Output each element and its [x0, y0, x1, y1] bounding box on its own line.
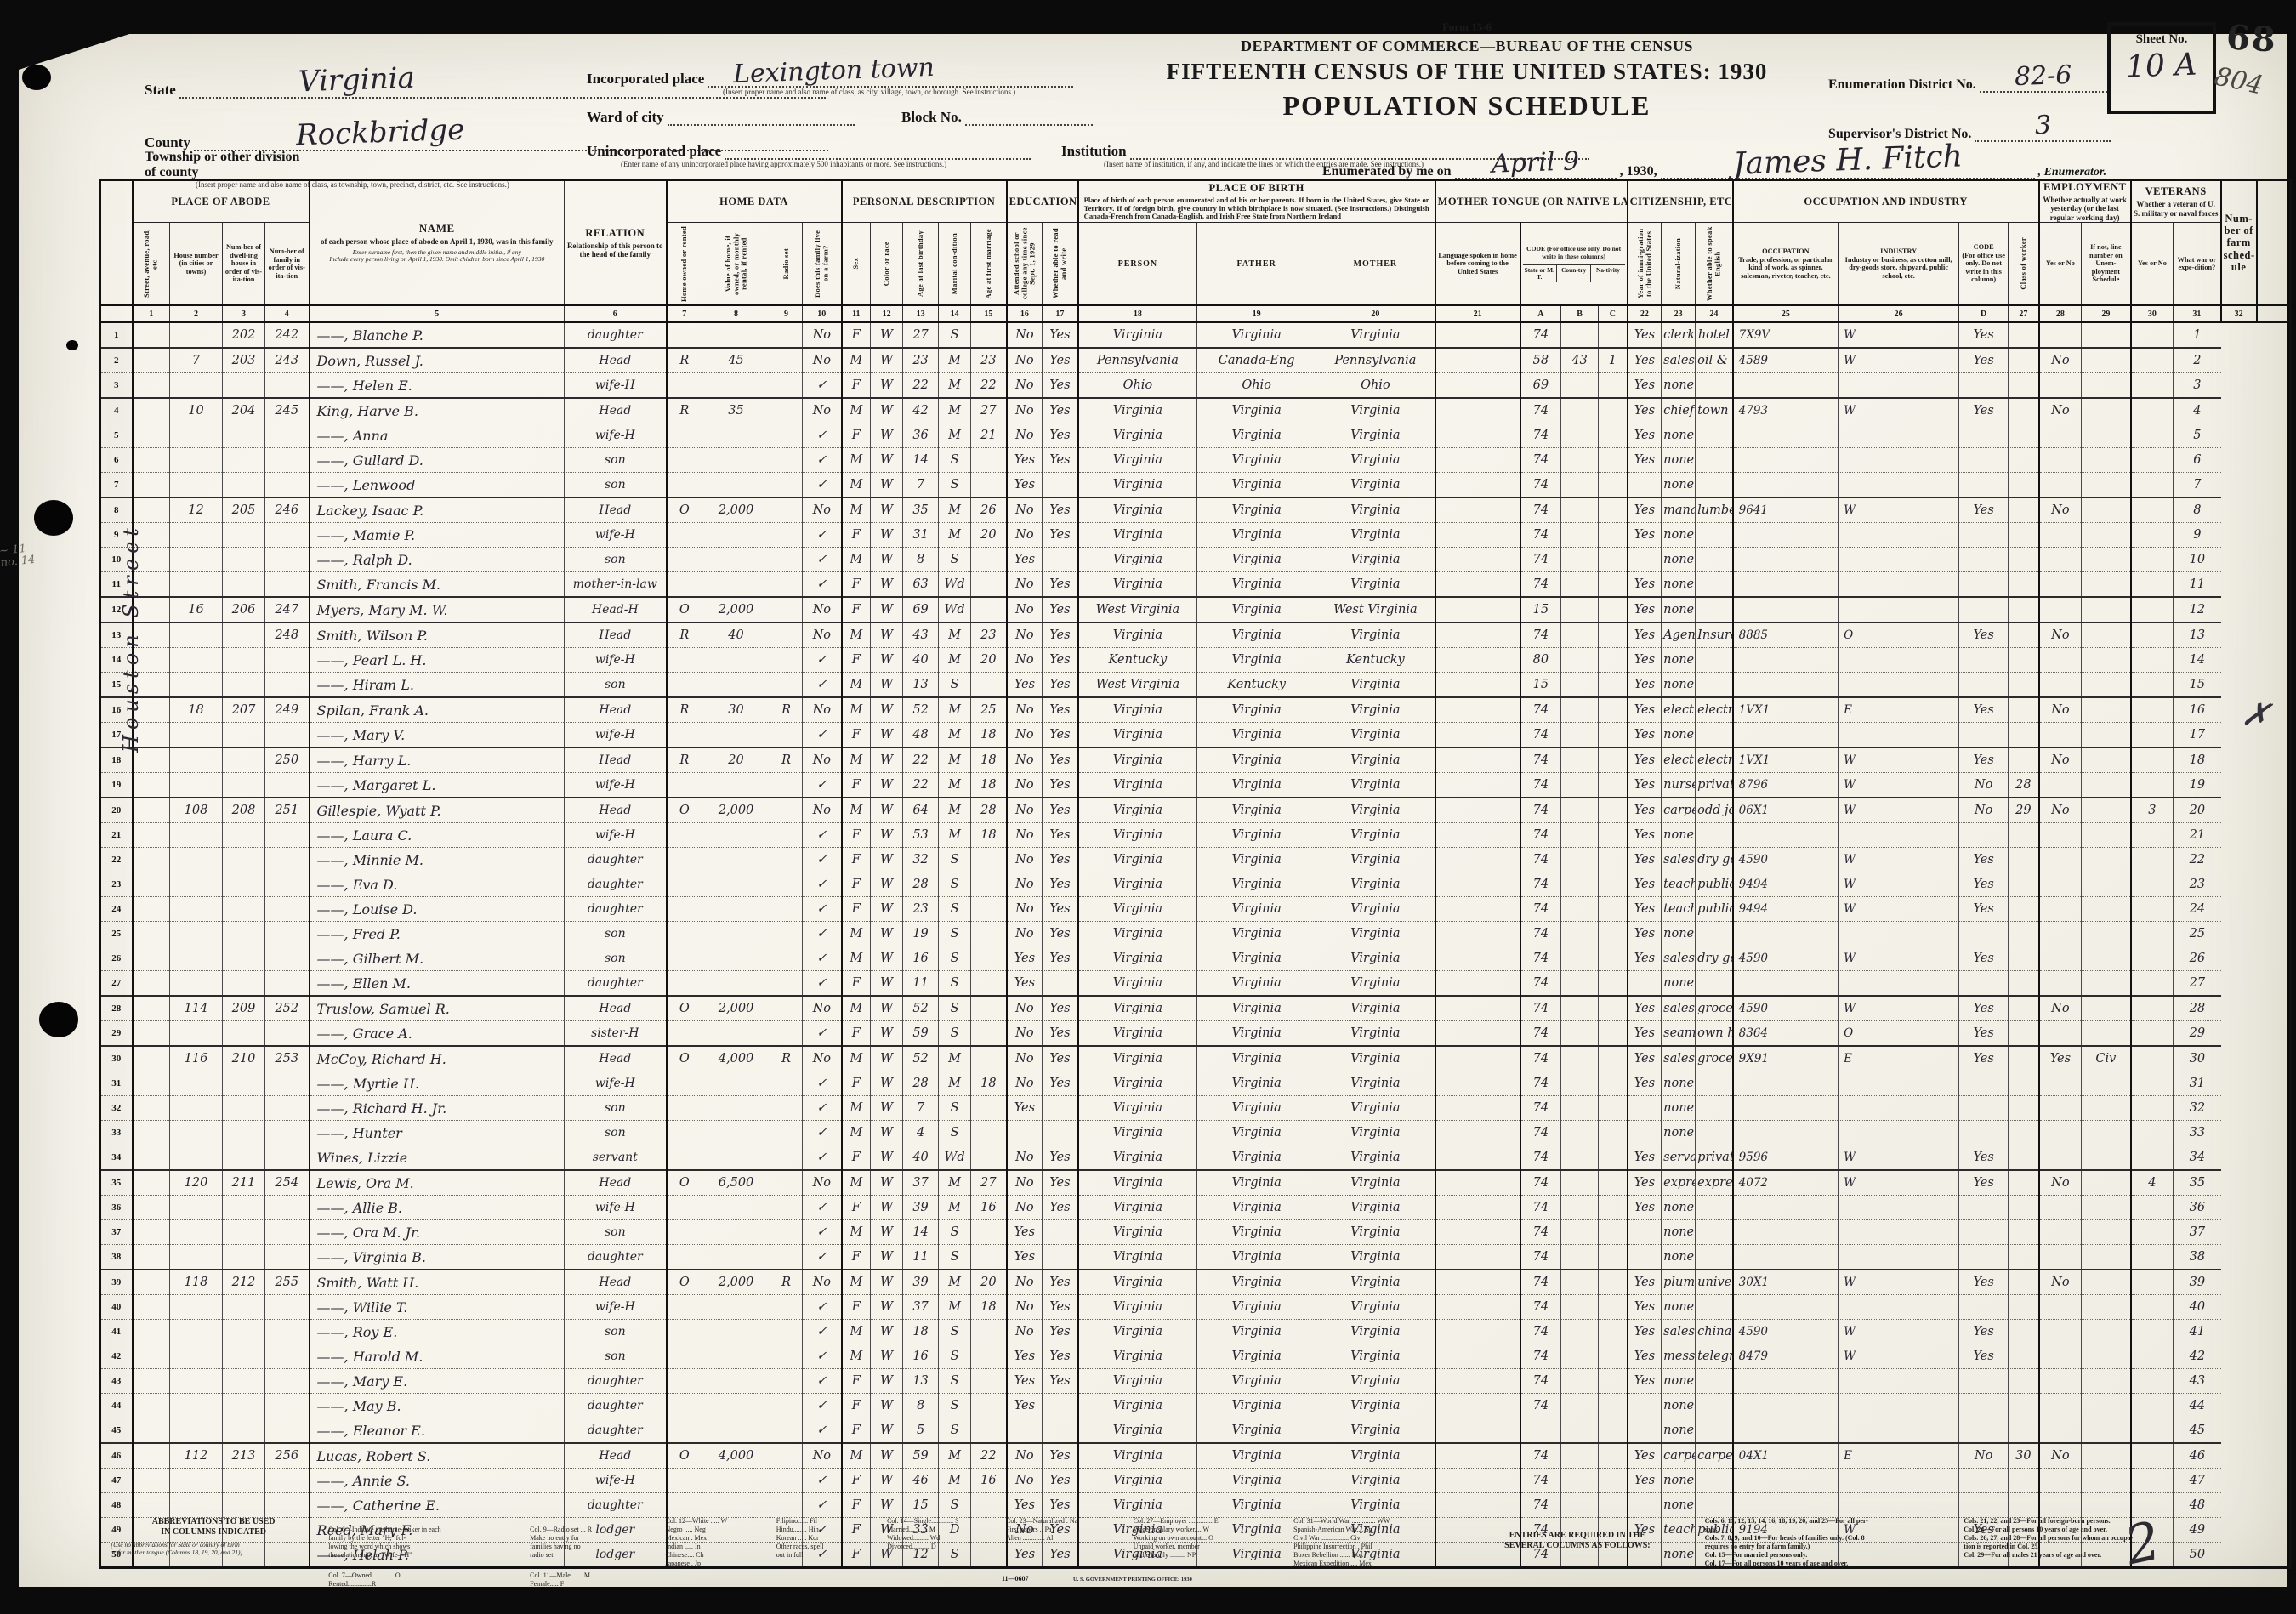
- industry: E: [1839, 1443, 1959, 1469]
- house-number: [170, 322, 223, 348]
- relation: wife-H: [565, 1071, 667, 1096]
- age-first-marriage: [971, 1344, 1007, 1369]
- code-country: [1561, 373, 1599, 399]
- birthplace-person: Pennsylvania: [1078, 348, 1197, 373]
- occupation: [1733, 1096, 1839, 1121]
- code-nativity: [1599, 1344, 1628, 1369]
- unemployment-line: [2082, 1443, 2131, 1469]
- speaks-english: [1696, 597, 1733, 622]
- col-group-education: EDUCATION: [1007, 180, 1078, 223]
- lives-on-farm: ✓: [803, 1418, 842, 1444]
- color-race: W: [871, 872, 903, 897]
- code-country: [1561, 423, 1599, 448]
- lives-on-farm: ✓: [803, 548, 842, 572]
- birthplace-mother: Virginia: [1316, 1418, 1435, 1444]
- code-nativity: [1599, 747, 1628, 773]
- birthplace-person: Virginia: [1078, 1493, 1197, 1518]
- dwelling-number: [223, 1369, 265, 1394]
- radio-set: [770, 946, 803, 971]
- naturalization: electrician: [1662, 747, 1696, 773]
- sex: F: [842, 723, 871, 748]
- read-write: Yes: [1043, 1443, 1078, 1469]
- at-work: [2039, 673, 2082, 698]
- home-owned-rented: O: [667, 597, 702, 622]
- mother-tongue: [1435, 1469, 1520, 1493]
- speaks-english: private home: [1696, 1145, 1733, 1171]
- age-first-marriage: [971, 946, 1007, 971]
- code-country: [1561, 1344, 1599, 1369]
- dwelling-number: [223, 1121, 265, 1145]
- speaks-english: [1696, 1418, 1733, 1444]
- sex: F: [842, 597, 871, 622]
- code-country: [1561, 1145, 1599, 1171]
- line-number: 38: [100, 1245, 133, 1270]
- attended-school: No: [1007, 322, 1043, 348]
- age-first-marriage: 18: [971, 723, 1007, 748]
- column-number: [100, 305, 133, 322]
- mother-tongue: [1435, 1245, 1520, 1270]
- mother-tongue: [1435, 398, 1520, 423]
- age-first-marriage: 23: [971, 622, 1007, 648]
- radio-set: [770, 1170, 803, 1196]
- dwelling-number: [223, 423, 265, 448]
- code-country: [1561, 848, 1599, 872]
- birthplace-father: Virginia: [1197, 897, 1316, 922]
- dwelling-number: [223, 1493, 265, 1518]
- family-number: [265, 473, 310, 498]
- code-nativity: [1599, 946, 1628, 971]
- occupation: 4590: [1733, 996, 1839, 1021]
- color-race: W: [871, 1469, 903, 1493]
- war-expedition: 43: [2174, 1369, 2221, 1394]
- col-head-owned-rented: Home owned or rented: [667, 223, 702, 306]
- occupation-code: Yes: [1959, 1021, 2009, 1047]
- home-owned-rented: [667, 773, 702, 798]
- code-state: 74: [1520, 1443, 1561, 1469]
- col-head-attended-school: Attended school or college any time sinc…: [1007, 223, 1043, 306]
- worker-class: [2009, 723, 2039, 748]
- abbrev-col11: Col. 11—Male....... M Female..... F: [530, 1571, 653, 1588]
- mother-tongue: [1435, 946, 1520, 971]
- radio-set: [770, 971, 803, 997]
- unemployment-line: [2082, 872, 2131, 897]
- speaks-english: [1696, 1295, 1733, 1320]
- family-number: 243: [265, 348, 310, 373]
- lives-on-farm: ✓: [803, 1469, 842, 1493]
- age-first-marriage: [971, 473, 1007, 498]
- relation: wife-H: [565, 523, 667, 548]
- radio-set: [770, 1493, 803, 1518]
- color-race: W: [871, 1418, 903, 1444]
- radio-set: [770, 1369, 803, 1394]
- occupation: 9596: [1733, 1145, 1839, 1171]
- naturalization: none: [1662, 373, 1696, 399]
- lives-on-farm: ✓: [803, 1145, 842, 1171]
- dwelling-number: [223, 1145, 265, 1171]
- year-immigration: [1628, 1394, 1662, 1418]
- name: ——, Eva D.: [310, 872, 565, 897]
- war-expedition: 9: [2174, 523, 2221, 548]
- family-number: [265, 1145, 310, 1171]
- at-work: [2039, 897, 2082, 922]
- column-number: 10: [803, 305, 842, 322]
- birthplace-mother: Virginia: [1316, 922, 1435, 946]
- relation: wife-H: [565, 1295, 667, 1320]
- lives-on-farm: No: [803, 398, 842, 423]
- at-work: [2039, 1220, 2082, 1245]
- radio-set: [770, 1344, 803, 1369]
- industry: [1839, 423, 1959, 448]
- name: McCoy, Richard H.: [310, 1046, 565, 1071]
- age: 46: [903, 1469, 939, 1493]
- birthplace-person: Virginia: [1078, 572, 1197, 598]
- birthplace-mother: Virginia: [1316, 398, 1435, 423]
- relation: Head: [565, 1170, 667, 1196]
- year-immigration: [1628, 1121, 1662, 1145]
- speaks-english: [1696, 1493, 1733, 1518]
- home-value: [702, 823, 770, 848]
- age: 59: [903, 1021, 939, 1047]
- veteran: [2131, 373, 2174, 399]
- relation: son: [565, 1320, 667, 1344]
- birthplace-person: Virginia: [1078, 1245, 1197, 1270]
- unemployment-line: [2082, 448, 2131, 473]
- occupation: 7X9V: [1733, 322, 1839, 348]
- marital-condition: S: [939, 1369, 971, 1394]
- occupation: [1733, 548, 1839, 572]
- year-immigration: Yes: [1628, 322, 1662, 348]
- age: 27: [903, 322, 939, 348]
- table-row: 10——, Ralph D.son✓MW8SYesVirginiaVirgini…: [100, 548, 2291, 572]
- color-race: W: [871, 1121, 903, 1145]
- name: ——, Minnie M.: [310, 848, 565, 872]
- birthplace-father: Virginia: [1197, 448, 1316, 473]
- unemployment-line: [2082, 1071, 2131, 1096]
- naturalization: none: [1662, 448, 1696, 473]
- mother-tongue: [1435, 1394, 1520, 1418]
- read-write: Yes: [1043, 1469, 1078, 1493]
- institution-label: Institution: [1061, 143, 1127, 159]
- occupation: [1733, 1196, 1839, 1220]
- relation: daughter: [565, 971, 667, 997]
- speaks-english: [1696, 1196, 1733, 1220]
- code-country: [1561, 523, 1599, 548]
- war-expedition: 26: [2174, 946, 2221, 971]
- home-owned-rented: [667, 1021, 702, 1047]
- dwelling-number: [223, 848, 265, 872]
- industry: W: [1839, 1320, 1959, 1344]
- dwelling-number: [223, 1344, 265, 1369]
- column-number: 19: [1197, 305, 1316, 322]
- code-nativity: [1599, 1170, 1628, 1196]
- column-number: D: [1959, 305, 2009, 322]
- lives-on-farm: No: [803, 622, 842, 648]
- lives-on-farm: No: [803, 1046, 842, 1071]
- speaks-english: telegraph office: [1696, 1344, 1733, 1369]
- unincorporated-place-note: (Enter name of any unincorporated place …: [621, 160, 1031, 168]
- code-country: [1561, 1196, 1599, 1220]
- sex: M: [842, 548, 871, 572]
- lives-on-farm: ✓: [803, 823, 842, 848]
- birthplace-father: Virginia: [1197, 523, 1316, 548]
- age-first-marriage: 18: [971, 1295, 1007, 1320]
- family-number: 251: [265, 798, 310, 823]
- form-number: Form 15-6: [1114, 20, 1820, 34]
- col-head-at-work: Yes or No: [2039, 223, 2082, 306]
- industry: [1839, 1245, 1959, 1270]
- age-first-marriage: 16: [971, 1469, 1007, 1493]
- birthplace-father: Virginia: [1197, 1096, 1316, 1121]
- read-write: [1043, 473, 1078, 498]
- radio-set: [770, 497, 803, 523]
- radio-set: [770, 1021, 803, 1047]
- year-immigration: Yes: [1628, 697, 1662, 723]
- worker-class: 29: [2009, 798, 2039, 823]
- attended-school: No: [1007, 1170, 1043, 1196]
- birthplace-person: Virginia: [1078, 747, 1197, 773]
- year-immigration: Yes: [1628, 572, 1662, 598]
- industry: [1839, 373, 1959, 399]
- dwelling-number: 202: [223, 322, 265, 348]
- naturalization: none: [1662, 548, 1696, 572]
- worker-class: [2009, 497, 2039, 523]
- year-immigration: [1628, 1220, 1662, 1245]
- at-work: No: [2039, 996, 2082, 1021]
- occupation: [1733, 1493, 1839, 1518]
- mother-tongue: [1435, 1443, 1520, 1469]
- lives-on-farm: ✓: [803, 1344, 842, 1369]
- birthplace-person: Virginia: [1078, 1145, 1197, 1171]
- read-write: Yes: [1043, 1021, 1078, 1047]
- unemployment-line: [2082, 1196, 2131, 1220]
- war-expedition: 41: [2174, 1320, 2221, 1344]
- table-row: 17——, Mary V.wife-H✓FW48M18NoYesVirginia…: [100, 723, 2291, 748]
- veteran: [2131, 971, 2174, 997]
- unemployment-line: [2082, 697, 2131, 723]
- birthplace-father: Virginia: [1197, 597, 1316, 622]
- sex: F: [842, 872, 871, 897]
- read-write: Yes: [1043, 1071, 1078, 1096]
- family-number: [265, 448, 310, 473]
- worker-class: [2009, 622, 2039, 648]
- color-race: W: [871, 897, 903, 922]
- code-nativity: [1599, 697, 1628, 723]
- occupation-code: Yes: [1959, 1046, 2009, 1071]
- name: ——, Ora M. Jr.: [310, 1220, 565, 1245]
- col-head-marital: Marital con-dition: [939, 223, 971, 306]
- industry: W: [1839, 848, 1959, 872]
- mother-tongue: [1435, 1046, 1520, 1071]
- home-value: 6,500: [702, 1170, 770, 1196]
- name: ——, Willie T.: [310, 1295, 565, 1320]
- birthplace-person: West Virginia: [1078, 673, 1197, 698]
- code-nativity: [1599, 1145, 1628, 1171]
- color-race: W: [871, 348, 903, 373]
- occupation: [1733, 1394, 1839, 1418]
- at-work: [2039, 1344, 2082, 1369]
- sheet-number-label: Sheet No.: [2111, 32, 2213, 47]
- line-number: 1: [100, 322, 133, 348]
- dwelling-number: [223, 1245, 265, 1270]
- marital-condition: M: [939, 823, 971, 848]
- name: Smith, Watt H.: [310, 1270, 565, 1295]
- war-expedition: 4: [2174, 398, 2221, 423]
- block-field: Block No.: [901, 109, 1093, 126]
- industry: [1839, 1469, 1959, 1493]
- code-country: [1561, 322, 1599, 348]
- color-race: W: [871, 1245, 903, 1270]
- house-number: 108: [170, 798, 223, 823]
- line-number: 26: [100, 946, 133, 971]
- relation: daughter: [565, 1369, 667, 1394]
- age: 15: [903, 1493, 939, 1518]
- speaks-english: [1696, 423, 1733, 448]
- table-row: 30116210253McCoy, Richard H.HeadO4,000RN…: [100, 1046, 2291, 1071]
- year-immigration: Yes: [1628, 1344, 1662, 1369]
- lives-on-farm: ✓: [803, 946, 842, 971]
- attended-school: Yes: [1007, 946, 1043, 971]
- house-number: [170, 1071, 223, 1096]
- state-value: Virginia: [298, 61, 415, 99]
- street: [133, 1021, 170, 1047]
- code-nativity: [1599, 1469, 1628, 1493]
- marital-condition: M: [939, 723, 971, 748]
- ward-label: Ward of city: [587, 109, 664, 125]
- home-owned-rented: [667, 823, 702, 848]
- radio-set: [770, 597, 803, 622]
- code-nativity: [1599, 1320, 1628, 1344]
- birthplace-person: Virginia: [1078, 922, 1197, 946]
- code-state: 74: [1520, 1394, 1561, 1418]
- lives-on-farm: ✓: [803, 423, 842, 448]
- house-number: [170, 922, 223, 946]
- at-work: No: [2039, 398, 2082, 423]
- code-nativity: [1599, 1443, 1628, 1469]
- unemployment-line: [2082, 1469, 2131, 1493]
- year-immigration: Yes: [1628, 996, 1662, 1021]
- veteran: [2131, 1443, 2174, 1469]
- industry: W: [1839, 1170, 1959, 1196]
- unemployment-line: [2082, 398, 2131, 423]
- dwelling-number: [223, 622, 265, 648]
- age: 42: [903, 398, 939, 423]
- veteran: [2131, 872, 2174, 897]
- color-race: W: [871, 398, 903, 423]
- street: [133, 1418, 170, 1444]
- attended-school: No: [1007, 1295, 1043, 1320]
- house-number: [170, 448, 223, 473]
- line-number: 2: [100, 348, 133, 373]
- house-number: [170, 473, 223, 498]
- industry: [1839, 548, 1959, 572]
- col-head-farm: Does this family live on a farm?: [803, 223, 842, 306]
- year-immigration: Yes: [1628, 922, 1662, 946]
- marital-condition: S: [939, 1245, 971, 1270]
- war-expedition: 20: [2174, 798, 2221, 823]
- birthplace-person: Virginia: [1078, 1170, 1197, 1196]
- punch-hole: [34, 500, 73, 536]
- naturalization: none: [1662, 648, 1696, 673]
- family-number: 256: [265, 1443, 310, 1469]
- code-country: [1561, 1295, 1599, 1320]
- radio-set: [770, 1295, 803, 1320]
- year-immigration: Yes: [1628, 373, 1662, 399]
- street: [133, 1145, 170, 1171]
- name: ——, Grace A.: [310, 1021, 565, 1047]
- col-head-occupation: OCCUPATION Trade, profession, or particu…: [1733, 223, 1839, 306]
- year-immigration: Yes: [1628, 897, 1662, 922]
- home-owned-rented: [667, 1071, 702, 1096]
- col-head-worker-class: Class of worker: [2009, 223, 2039, 306]
- sex: F: [842, 1071, 871, 1096]
- code-nativity: [1599, 773, 1628, 798]
- industry: [1839, 1493, 1959, 1518]
- read-write: Yes: [1043, 848, 1078, 872]
- speaks-english: public school: [1696, 872, 1733, 897]
- year-immigration: [1628, 548, 1662, 572]
- relation: wife-H: [565, 373, 667, 399]
- unemployment-line: [2082, 848, 2131, 872]
- name: ——, Virginia B.: [310, 1245, 565, 1270]
- code-state: 74: [1520, 897, 1561, 922]
- home-owned-rented: [667, 1344, 702, 1369]
- age: 64: [903, 798, 939, 823]
- radio-set: [770, 548, 803, 572]
- age: 14: [903, 1220, 939, 1245]
- veteran: [2131, 497, 2174, 523]
- veteran: [2131, 922, 2174, 946]
- lives-on-farm: ✓: [803, 1493, 842, 1518]
- radio-set: [770, 1096, 803, 1121]
- year-immigration: [1628, 473, 1662, 498]
- occupation-code: [1959, 1469, 2009, 1493]
- line-number: 28: [100, 996, 133, 1021]
- punch-hole: [22, 65, 51, 90]
- code-country: [1561, 1170, 1599, 1196]
- code-state: 74: [1520, 1121, 1561, 1145]
- code-country: [1561, 1394, 1599, 1418]
- birthplace-father: Virginia: [1197, 996, 1316, 1021]
- code-country: [1561, 723, 1599, 748]
- at-work: [2039, 1418, 2082, 1444]
- street: [133, 1369, 170, 1394]
- abbrev-col12b: Filipino...... Fil Hindu........ Hin Kor…: [776, 1517, 875, 1560]
- column-number: 22: [1628, 305, 1662, 322]
- family-number: 252: [265, 996, 310, 1021]
- naturalization: servant: [1662, 1145, 1696, 1171]
- naturalization: carpenter: [1662, 1443, 1696, 1469]
- table-row: 40——, Willie T.wife-H✓FW37M18NoYesVirgin…: [100, 1295, 2291, 1320]
- worker-class: 28: [2009, 773, 2039, 798]
- birthplace-father: Virginia: [1197, 872, 1316, 897]
- home-value: [702, 897, 770, 922]
- house-number: 18: [170, 697, 223, 723]
- code-country: [1561, 697, 1599, 723]
- code-state: 74: [1520, 572, 1561, 598]
- code-nativity: [1599, 673, 1628, 698]
- incorporated-place-field: Incorporated place Lexington town (Inser…: [587, 56, 1073, 96]
- family-number: [265, 523, 310, 548]
- family-number: [265, 872, 310, 897]
- street: [133, 946, 170, 971]
- occupation-code: [1959, 1245, 2009, 1270]
- year-immigration: Yes: [1628, 1270, 1662, 1295]
- occupation-code: No: [1959, 773, 2009, 798]
- worker-class: [2009, 1270, 2039, 1295]
- year-immigration: Yes: [1628, 1369, 1662, 1394]
- lives-on-farm: No: [803, 322, 842, 348]
- age: 13: [903, 673, 939, 698]
